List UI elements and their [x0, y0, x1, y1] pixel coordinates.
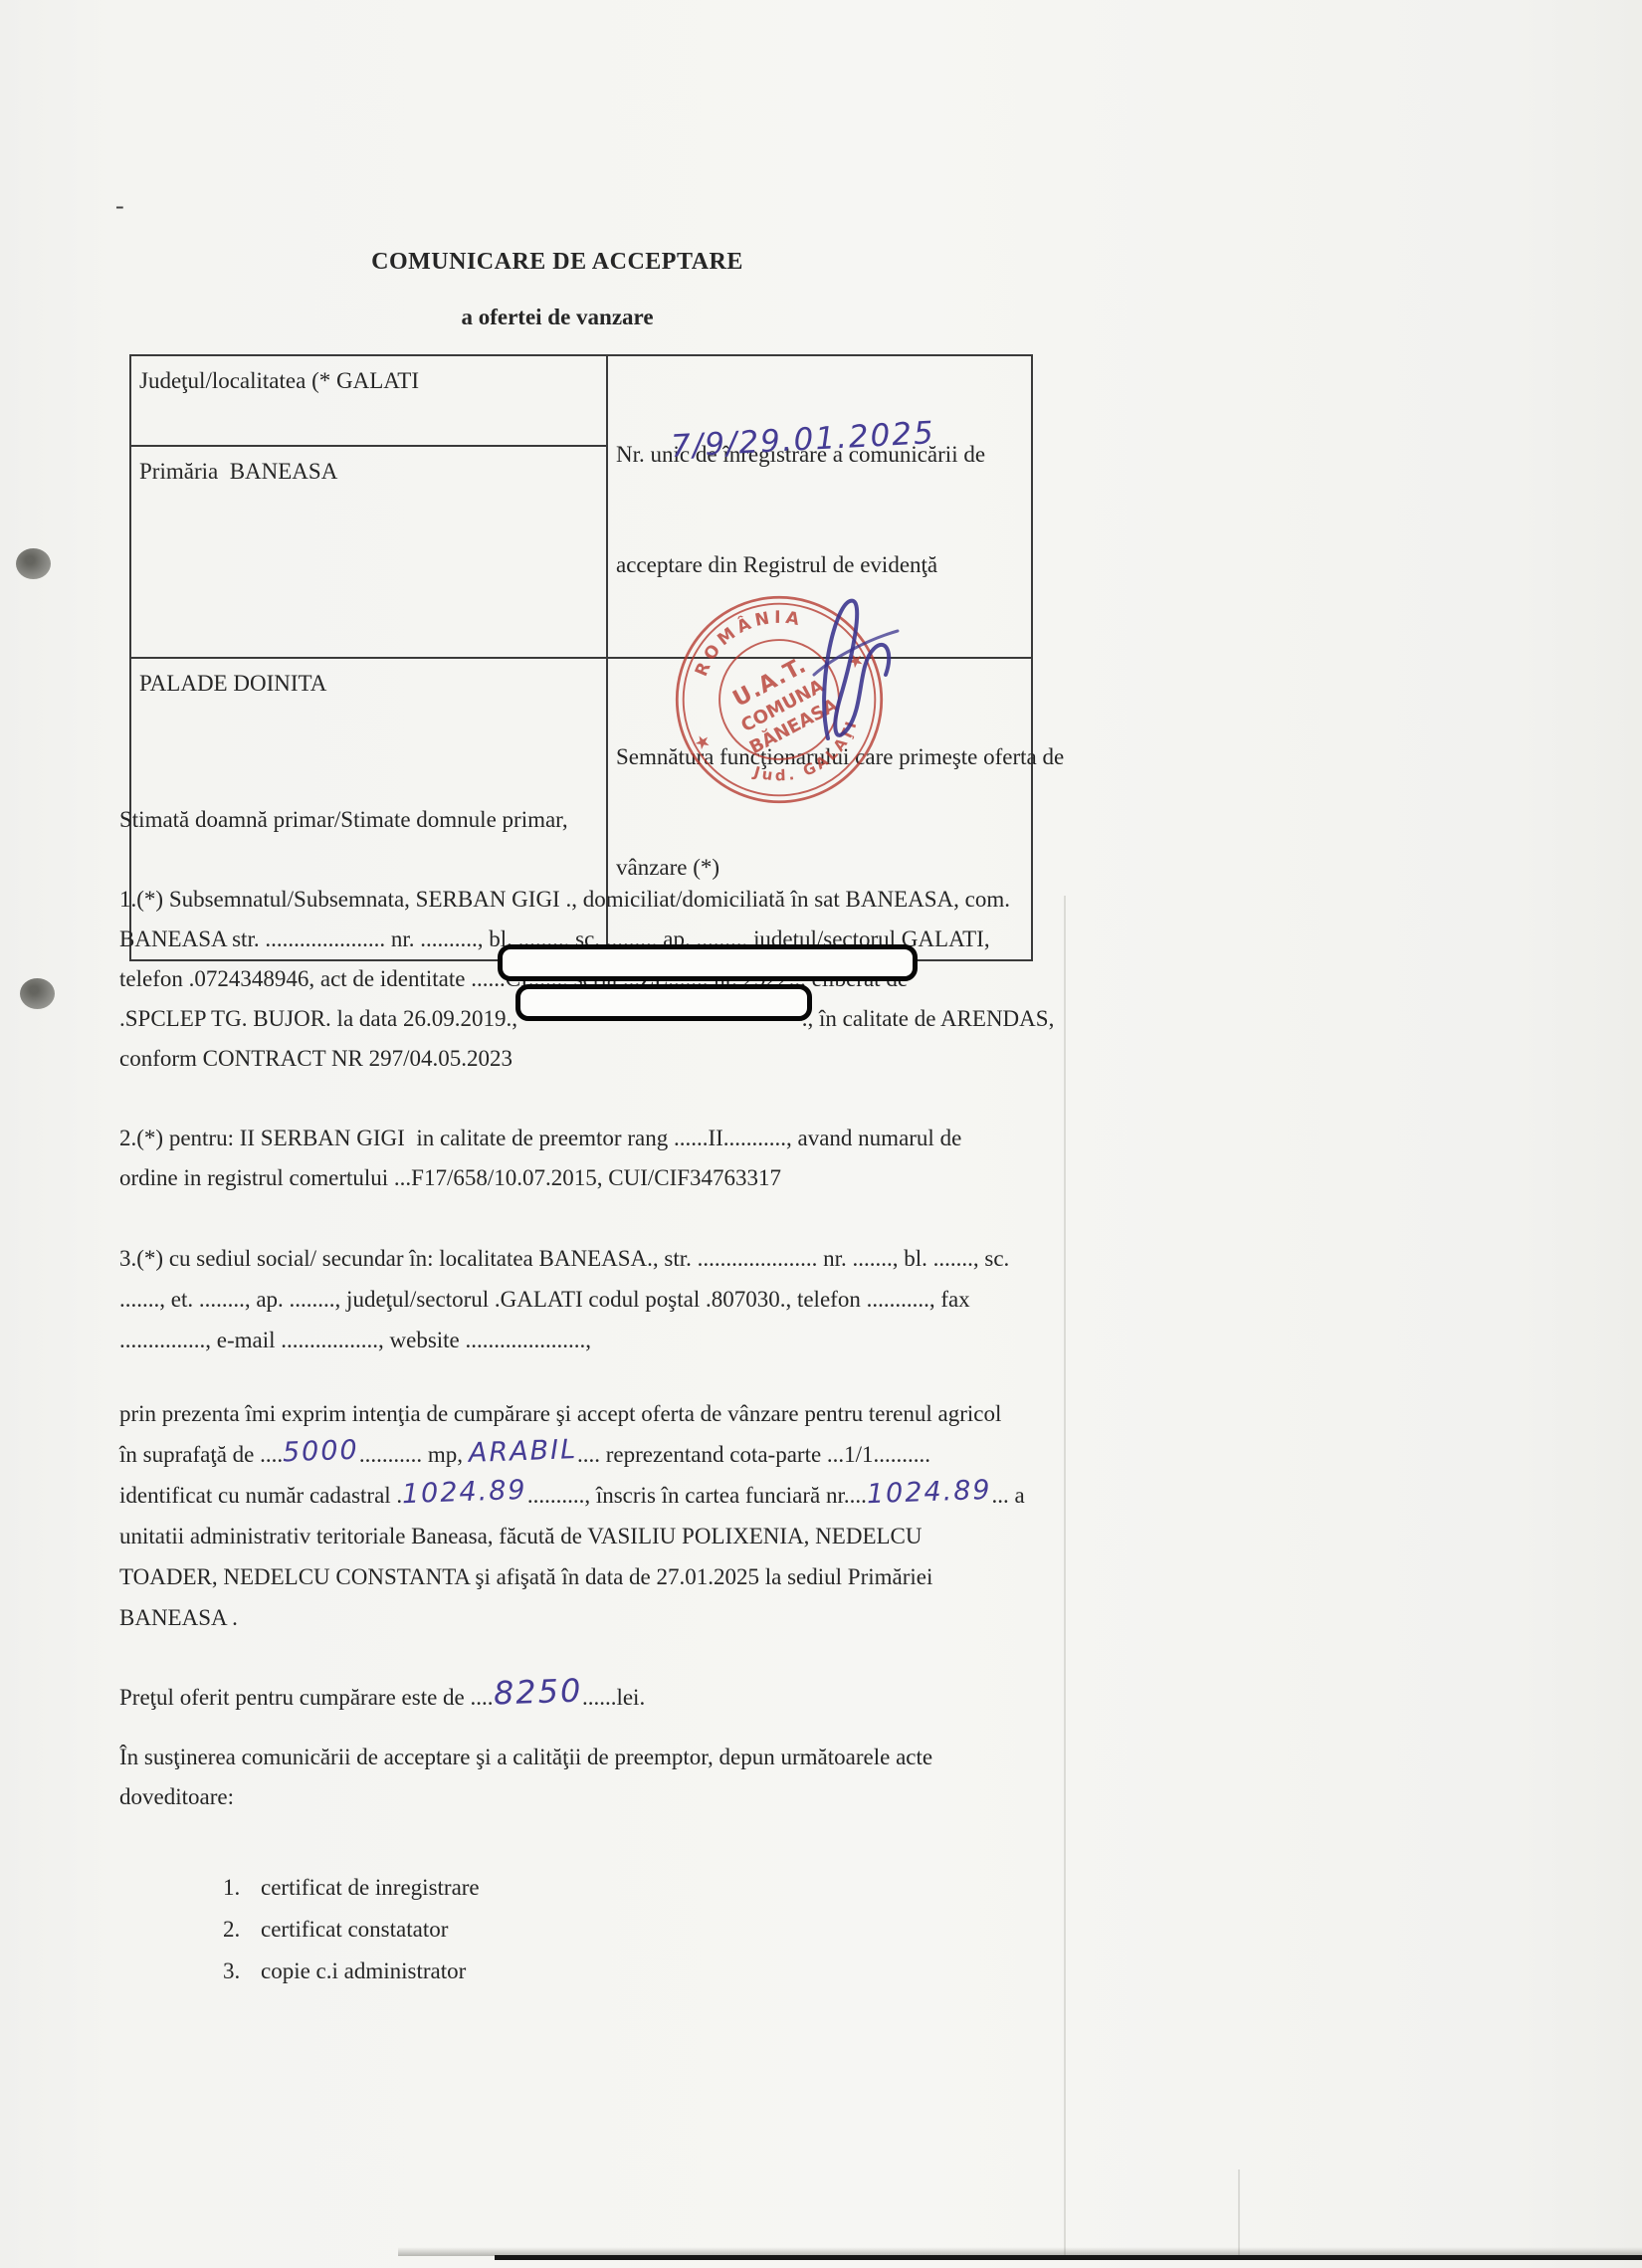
para4-line3: identificat cu număr cadastral .1024.89.… — [119, 1475, 1115, 1516]
para1-line3-pre: telefon .0724348946, act de identitate .… — [119, 966, 506, 991]
paragraph-4: prin prezenta îmi exprim intenţia de cum… — [119, 1393, 1115, 1638]
functionary-signature — [794, 579, 914, 768]
para4-line3-pre: identificat cu număr cadastral . — [119, 1483, 402, 1508]
title-text: COMUNICARE DE ACCEPTARE — [371, 249, 743, 275]
punch-hole-bottom — [20, 978, 55, 1009]
para3-line3: ..............., e-mail ................… — [119, 1320, 1115, 1360]
para1-line4-post: ., în calitate de ARENDAS, — [802, 1006, 1055, 1031]
cadastral-number-handwritten: 1024.89 — [402, 1491, 527, 1495]
price-line: Preţul oferit pentru cumpărare este de .… — [119, 1678, 1115, 1718]
cell-judet: Judeţul/localitatea (* GALATI — [130, 355, 607, 446]
scan-edge-line — [495, 2255, 1642, 2260]
document-page: - COMUNICARE DE ACCEPTARE a ofertei de v… — [0, 0, 1642, 2268]
para4-line2-mid: ........... mp, — [359, 1442, 469, 1467]
paragraph-3: 3.(*) cu sediul social/ secundar în: loc… — [119, 1238, 1115, 1360]
land-type-handwritten: ARABIL — [469, 1450, 577, 1454]
para2-line2: ordine in registrul comertului ...F17/65… — [119, 1158, 1115, 1198]
salutation-text: Stimată doamnă primar/Stimate domnule pr… — [119, 800, 1115, 840]
redaction-box-cnp — [523, 999, 802, 1039]
price-post: ......lei. — [582, 1685, 645, 1710]
para5-line2: doveditoare: — [119, 1777, 1115, 1817]
para2-line1: 2.(*) pentru: II SERBAN GIGI in calitate… — [119, 1119, 1115, 1158]
signature-graphic — [794, 579, 914, 768]
paragraph-2: 2.(*) pentru: II SERBAN GIGI in calitate… — [119, 1119, 1115, 1198]
paper-fold-line — [1064, 896, 1066, 2259]
paragraph-1: 1.(*) Subsemnatul/Subsemnata, SERBAN GIG… — [119, 880, 1115, 1079]
list-item-label: certificat constatator — [261, 1917, 448, 1942]
list-item-number: 1. — [223, 1867, 261, 1909]
paragraph-5: În susţinerea comunicării de acceptare ş… — [119, 1738, 1115, 1817]
para1-line1: 1.(*) Subsemnatul/Subsemnata, SERBAN GIG… — [119, 880, 1115, 920]
subtitle-text: a ofertei de vanzare — [461, 305, 653, 329]
list-item-number: 2. — [223, 1909, 261, 1951]
price-pre: Preţul oferit pentru cumpărare este de .… — [119, 1685, 494, 1710]
cell-primaria: Primăria BANEASA — [130, 446, 607, 658]
list-item: 3.copie c.i administrator — [223, 1951, 480, 1992]
para1-line4: .SPCLEP TG. BUJOR. la data 26.09.2019., … — [119, 999, 1115, 1039]
document-subtitle: a ofertei de vanzare — [119, 305, 995, 330]
list-item-label: certificat de inregistrare — [261, 1875, 480, 1900]
para4-line3-mid: .........., înscris în cartea funciară n… — [527, 1483, 867, 1508]
para4-line2-post: .... reprezentand cota-parte ...1/1.....… — [577, 1442, 930, 1467]
para4-line6: BANEASA . — [119, 1597, 1115, 1638]
para4-line1: prin prezenta îmi exprim intenţia de cum… — [119, 1393, 1115, 1434]
redaction-cover — [515, 984, 812, 1021]
paper-fold-line-short — [1238, 2169, 1240, 2259]
land-book-number-handwritten: 1024.89 — [867, 1491, 992, 1495]
para1-line4-pre: .SPCLEP TG. BUJOR. la data 26.09.2019., — [119, 1006, 523, 1031]
document-title: COMUNICARE DE ACCEPTARE — [119, 249, 995, 276]
para1-line5: conform CONTRACT NR 297/04.05.2023 — [119, 1039, 1115, 1079]
para4-line2: în suprafaţă de ....5000........... mp, … — [119, 1434, 1115, 1475]
list-item: 2.certificat constatator — [223, 1909, 480, 1951]
stray-dash-mark: - — [115, 191, 124, 221]
salutation-block: Stimată doamnă primar/Stimate domnule pr… — [119, 800, 1115, 840]
redaction-cover — [498, 944, 918, 981]
list-item-label: copie c.i administrator — [261, 1959, 466, 1983]
price-value-handwritten: 8250 — [493, 1690, 581, 1693]
surface-value-handwritten: 5000 — [283, 1451, 359, 1454]
stamp-star-left: ★ — [691, 729, 715, 755]
para4-line4: unitatii administrativ teritoriale Banea… — [119, 1516, 1115, 1556]
punch-hole-top — [16, 548, 51, 579]
list-item-number: 3. — [223, 1951, 261, 1992]
para4-line2-pre: în suprafaţă de .... — [119, 1442, 283, 1467]
para4-line3-post: ... a — [992, 1483, 1025, 1508]
para4-line5: TOADER, NEDELCU CONSTANTA şi afişată în … — [119, 1556, 1115, 1597]
para3-line2: ......., et. ........, ap. ........, jud… — [119, 1279, 1115, 1320]
para5-line1: În susţinerea comunicării de acceptare ş… — [119, 1738, 1115, 1777]
supporting-documents-list: 1.certificat de inregistrare 2.certifica… — [223, 1867, 480, 1992]
price-text: Preţul oferit pentru cumpărare este de .… — [119, 1678, 1115, 1718]
list-item: 1.certificat de inregistrare — [223, 1867, 480, 1909]
para3-line1: 3.(*) cu sediul social/ secundar în: loc… — [119, 1238, 1115, 1279]
